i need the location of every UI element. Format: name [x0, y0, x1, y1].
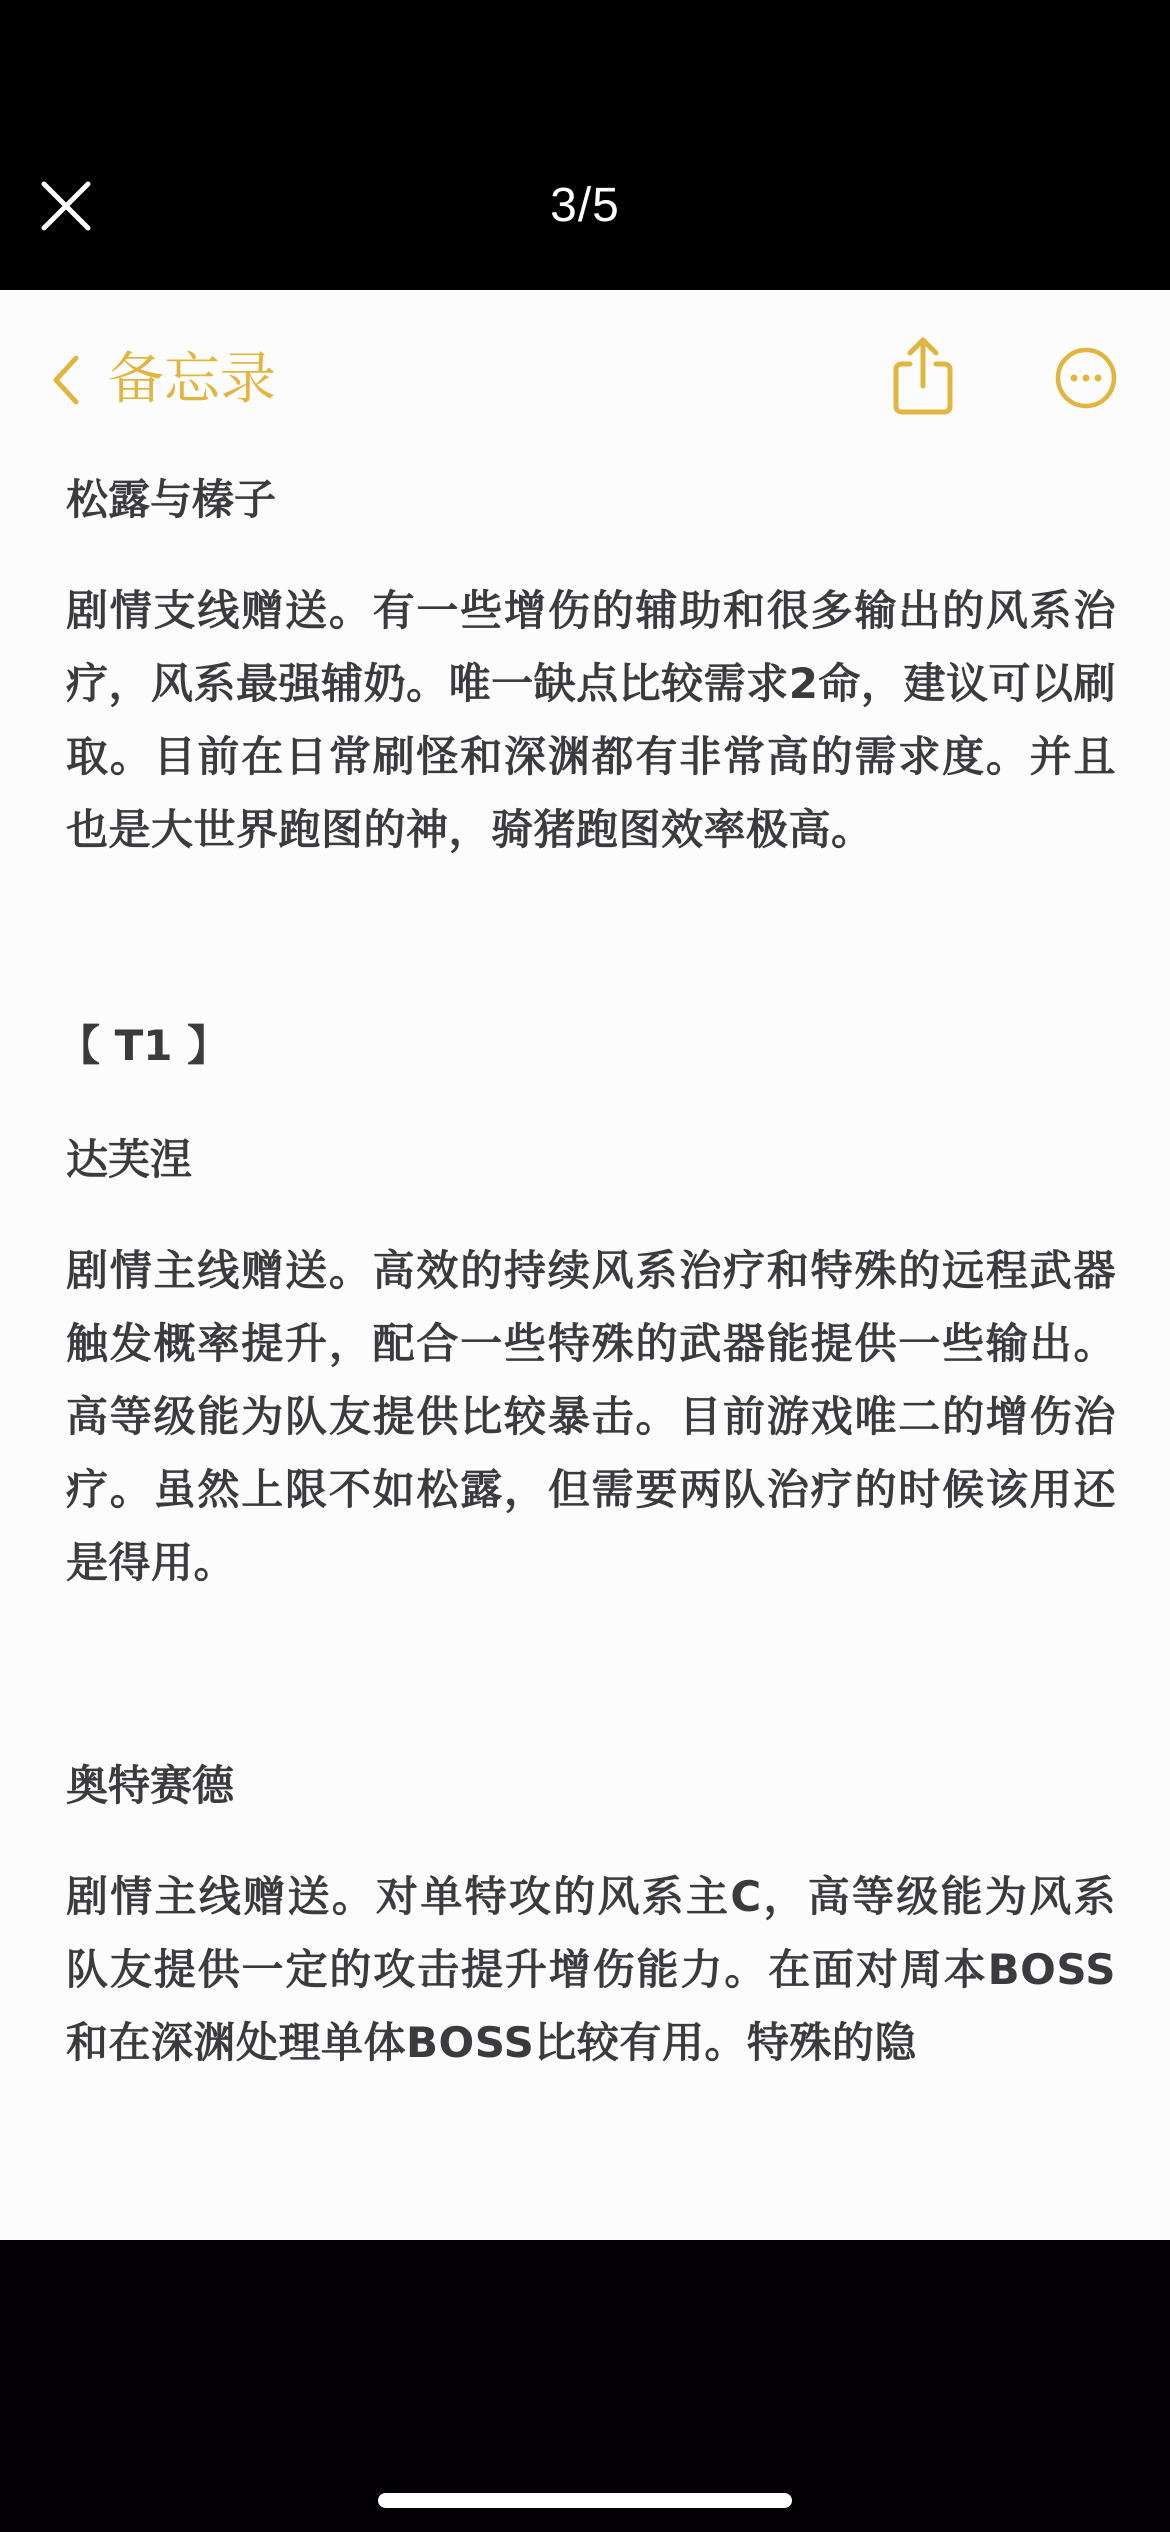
- chevron-left-icon: [46, 350, 86, 410]
- notes-nav-bar: 备忘录: [0, 290, 1170, 470]
- share-icon: [888, 334, 958, 418]
- viewer-top-bar: 3/5: [0, 0, 1170, 290]
- section-body: 剧情主线赠送。高效的持续风系治疗和特殊的远程武器触发概率提升，配合一些特殊的武器…: [66, 1234, 1116, 1599]
- section-body: 剧情支线赠送。有一些增伤的辅助和很多输出的风系治疗，风系最强辅奶。唯一缺点比较需…: [66, 574, 1116, 866]
- note-screenshot: 备忘录 松露与榛子 剧情支线赠送。有一些增伤的辅助和很多输出的风系治疗，风系最强…: [0, 290, 1170, 2240]
- viewer-bottom-bar: [0, 2240, 1170, 2532]
- section-heading: 奥特赛德: [66, 1756, 234, 1816]
- page-counter: 3/5: [0, 178, 1170, 234]
- section-heading: 达芙涅: [66, 1130, 192, 1190]
- home-indicator[interactable]: [378, 2493, 792, 2508]
- section-body: 剧情主线赠送。对单特攻的风系主C，高等级能为风系队友提供一定的攻击提升增伤能力。…: [66, 1860, 1116, 2079]
- section-heading: 松露与榛子: [66, 470, 276, 530]
- share-button[interactable]: [888, 334, 958, 418]
- back-label: 备忘录: [108, 340, 276, 420]
- tier-label: 【 T1 】: [58, 1016, 229, 1076]
- more-button[interactable]: [1054, 346, 1118, 410]
- back-button[interactable]: 备忘录: [46, 340, 276, 420]
- ellipsis-circle-icon: [1054, 346, 1118, 410]
